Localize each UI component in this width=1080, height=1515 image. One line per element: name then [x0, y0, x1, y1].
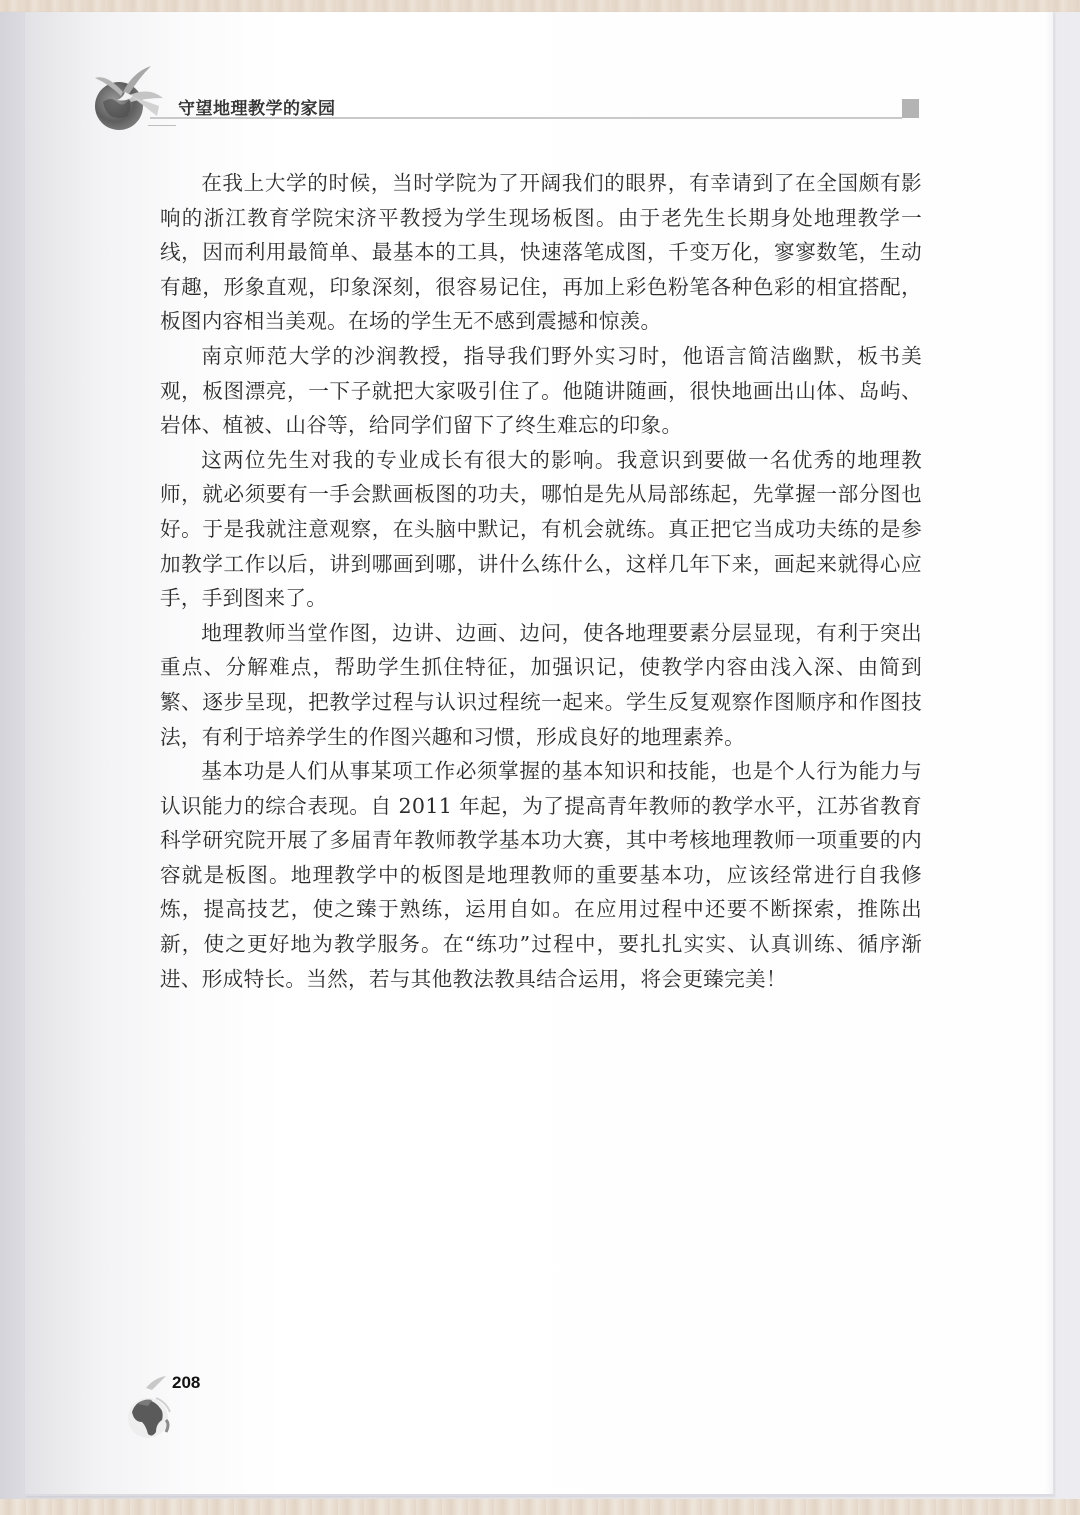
running-title: 守望地理教学的家园	[178, 94, 336, 119]
header-divider	[150, 117, 902, 119]
desk-background-bottom	[0, 1499, 1080, 1515]
paragraph-4: 地理教师当堂作图，边讲、边画、边问，使各地理要素分层显现，有利于突出重点、分解难…	[160, 616, 922, 754]
header-divider-accent	[148, 125, 176, 126]
paragraph-1: 在我上大学的时候，当时学院为了开阔我们的眼界，有幸请到了在全国颇有影响的浙江教育…	[160, 166, 922, 339]
paragraph-5: 基本功是人们从事某项工作必须掌握的基本知识和技能，也是个人行为能力与认识能力的综…	[160, 754, 922, 996]
body-text: 在我上大学的时候，当时学院为了开阔我们的眼界，有幸请到了在全国颇有影响的浙江教育…	[160, 166, 922, 996]
paragraph-3: 这两位先生对我的专业成长有很大的影响。我意识到要做一名优秀的地理教师，就必须要有…	[160, 443, 922, 616]
grey-square-marker	[902, 99, 919, 118]
paragraph-2: 南京师范大学的沙润教授，指导我们野外实习时，他语言简洁幽默，板书美观，板图漂亮，…	[160, 339, 922, 443]
globe-with-leaves-icon	[93, 62, 173, 134]
page-number: 208	[172, 1373, 200, 1393]
